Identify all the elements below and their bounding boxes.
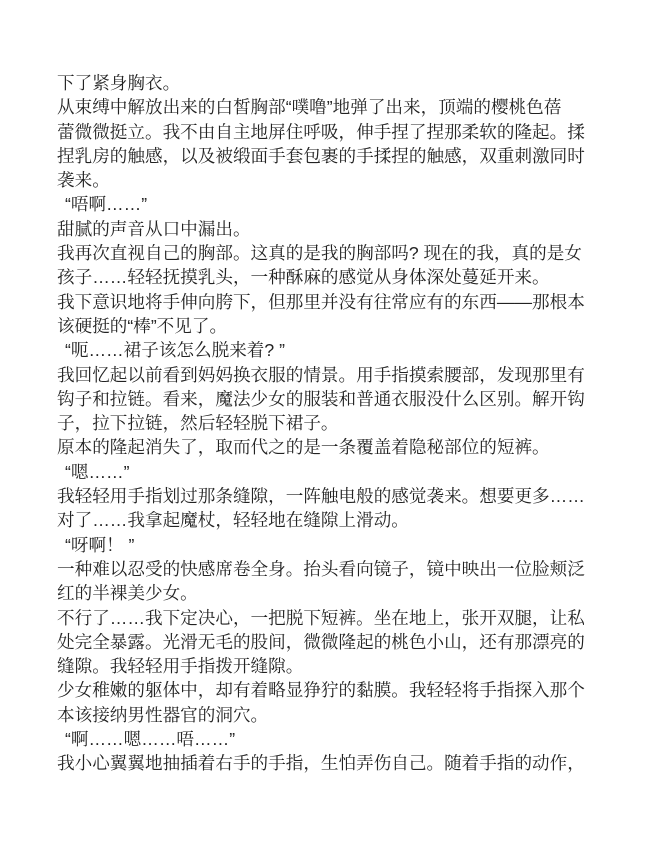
text-line: 一种难以忍受的快感席卷全身。抬头看向镜子，镜中映出一位脸颊泛 (57, 557, 594, 581)
text-line: 甜腻的声音从口中漏出。 (57, 217, 594, 241)
text-line: “呃……裙子该怎么脱来着? ” (57, 338, 594, 362)
text-line: 孩子……轻轻抚摸乳头，一种酥麻的感觉从身体深处蔓延开来。 (57, 265, 594, 289)
text-line: “嗯……” (57, 460, 594, 484)
text-line: 红的半裸美少女。 (57, 581, 594, 605)
text-line: 下了紧身胸衣。 (57, 71, 594, 95)
text-line: “唔啊……” (57, 192, 594, 216)
text-line: 对了……我拿起魔杖，轻轻地在缝隙上滑动。 (57, 508, 594, 532)
text-line: 子，拉下拉链，然后轻轻脱下裙子。 (57, 411, 594, 435)
text-line: “呀啊！ ” (57, 533, 594, 557)
text-line: 不行了……我下定决心，一把脱下短裤。坐在地上，张开双腿，让私 (57, 606, 594, 630)
text-line: 袭来。 (57, 168, 594, 192)
page-text: 下了紧身胸衣。从束缚中解放出来的白皙胸部“噗噜”地弹了出来，顶端的樱桃色蓓蕾微微… (57, 71, 594, 776)
text-line: “啊……嗯……唔……” (57, 727, 594, 751)
text-line: 蕾微微挺立。我不由自主地屏住呼吸，伸手捏了捏那柔软的隆起。揉 (57, 120, 594, 144)
text-line: 少女稚嫩的躯体中，却有着略显狰狞的黏膜。我轻轻将手指探入那个 (57, 678, 594, 702)
text-line: 从束缚中解放出来的白皙胸部“噗噜”地弹了出来，顶端的樱桃色蓓 (57, 95, 594, 119)
text-line: 我回忆起以前看到妈妈换衣服的情景。用手指摸索腰部，发现那里有 (57, 363, 594, 387)
text-line: 该硬挺的“棒”不见了。 (57, 314, 594, 338)
text-line: 缝隙。我轻轻用手指拨开缝隙。 (57, 654, 594, 678)
text-line: 我轻轻用手指划过那条缝隙，一阵触电般的感觉袭来。想要更多…… (57, 484, 594, 508)
text-line: 钩子和拉链。看来，魔法少女的服装和普通衣服没什么区别。解开钩 (57, 387, 594, 411)
text-line: 我下意识地将手伸向胯下，但那里并没有往常应有的东西——那根本 (57, 290, 594, 314)
text-line: 捏乳房的触感，以及被缎面手套包裹的手揉捏的触感，双重刺激同时 (57, 144, 594, 168)
text-line: 我小心翼翼地抽插着右手的手指，生怕弄伤自己。随着手指的动作， (57, 751, 594, 775)
text-line: 我再次直视自己的胸部。这真的是我的胸部吗? 现在的我，真的是女 (57, 241, 594, 265)
text-line: 原本的隆起消失了，取而代之的是一条覆盖着隐秘部位的短裤。 (57, 435, 594, 459)
document-page: 下了紧身胸衣。从束缚中解放出来的白皙胸部“噗噜”地弹了出来，顶端的樱桃色蓓蕾微微… (0, 0, 650, 850)
text-line: 本该接纳男性器官的洞穴。 (57, 703, 594, 727)
text-line: 处完全暴露。光滑无毛的股间，微微隆起的桃色小山，还有那漂亮的 (57, 630, 594, 654)
